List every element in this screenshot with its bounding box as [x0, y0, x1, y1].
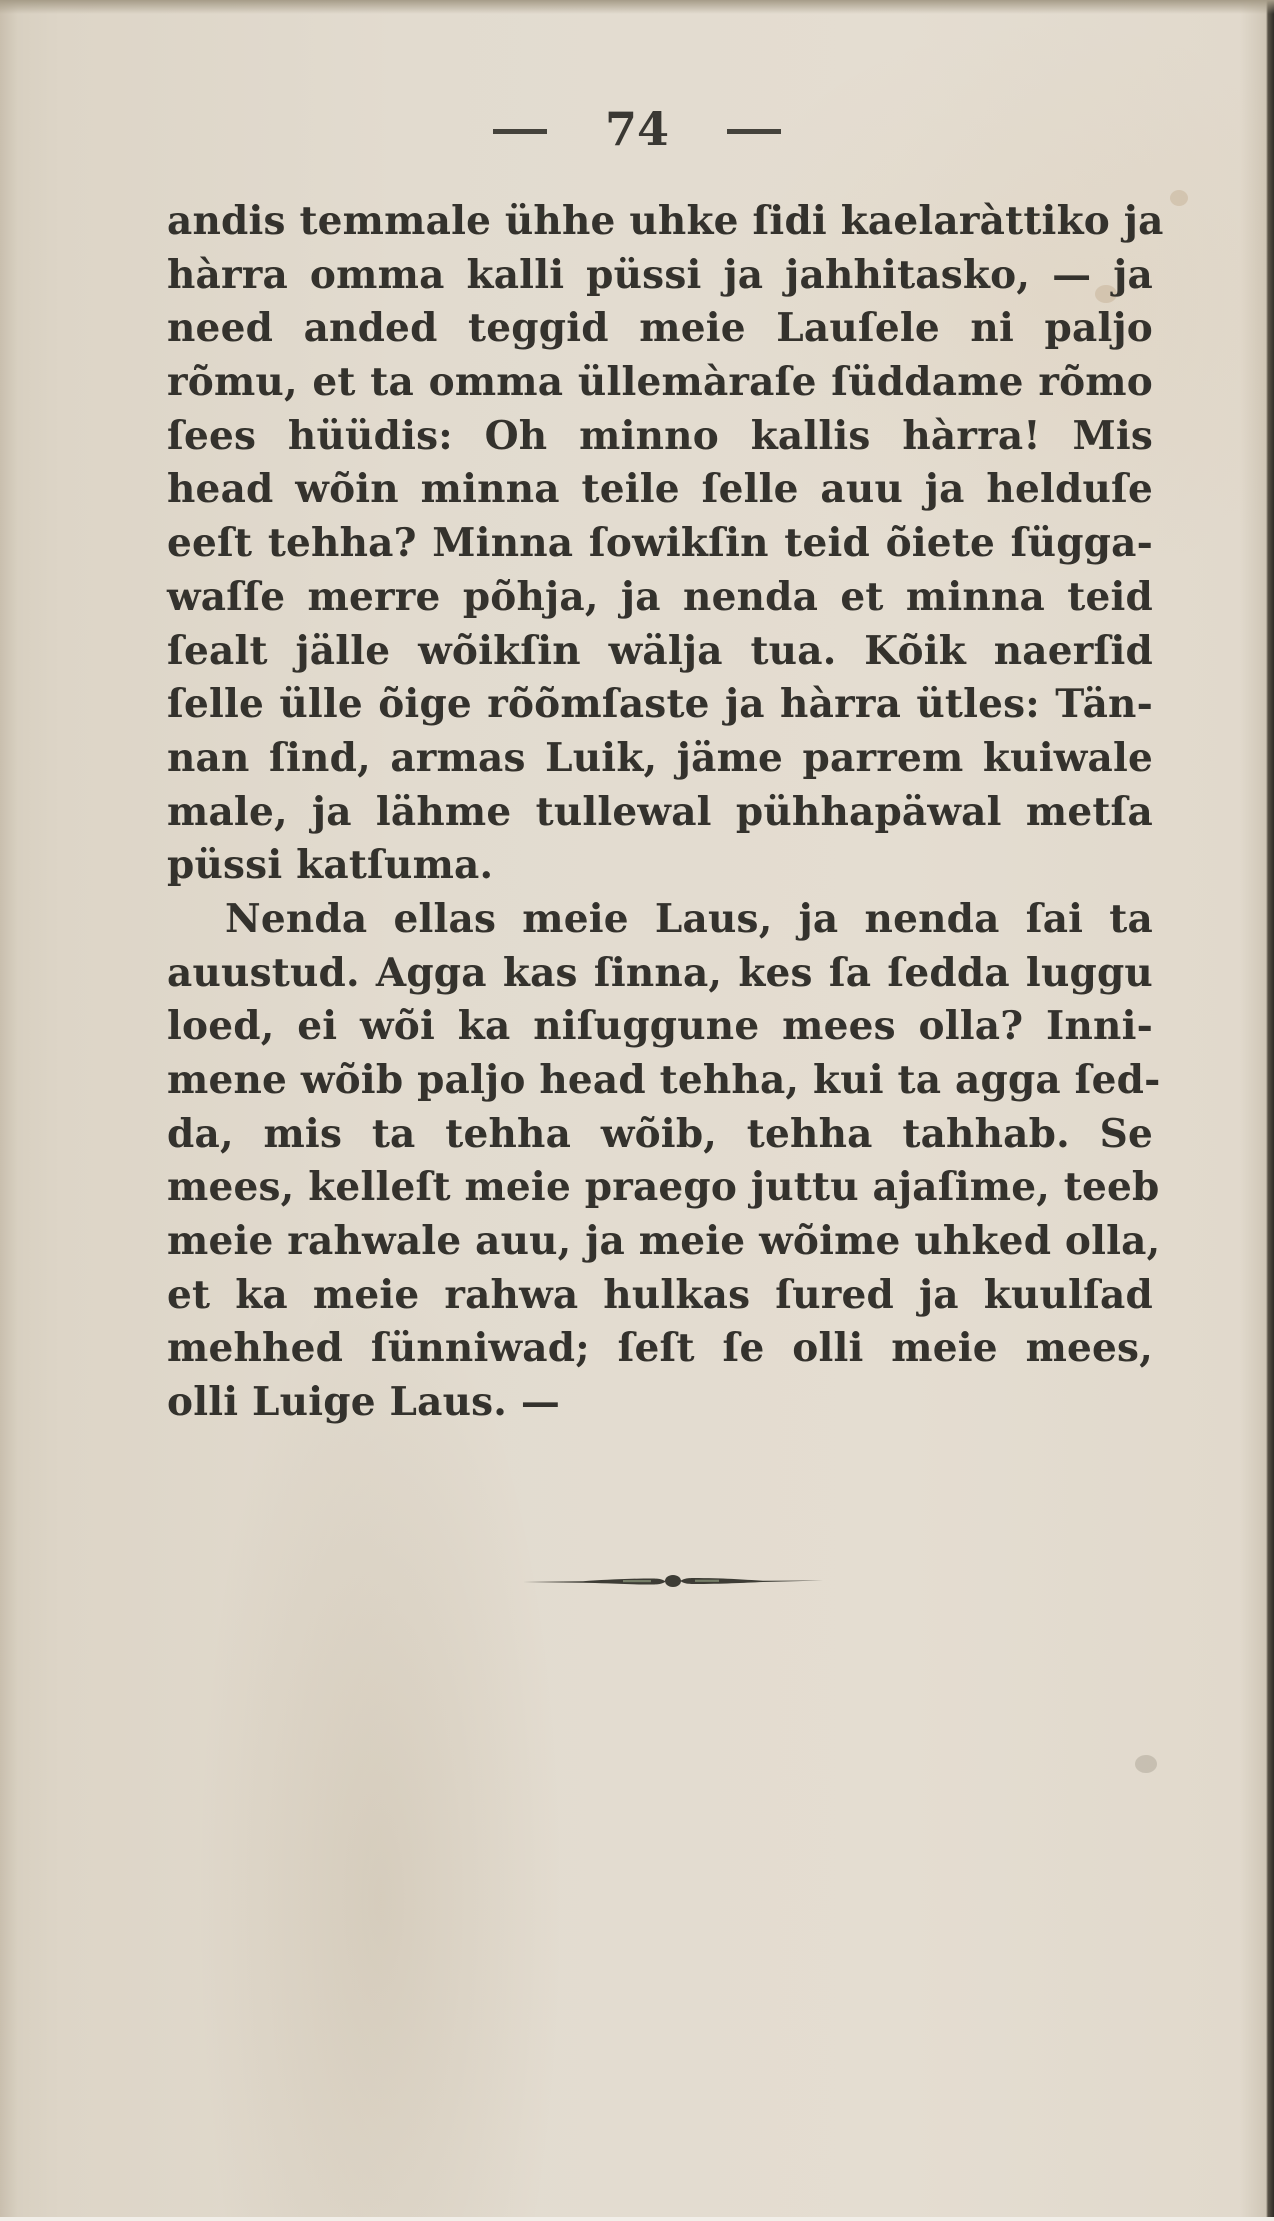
text-line: head wõin minna teile ſelle auu ja heldu…: [167, 463, 1153, 517]
book-page: 74 andis temmale ühhe uhke ſidi kaelaràt…: [0, 0, 1274, 2221]
text-line: eeſt tehha? Minna ſowikſin teid õiete ſü…: [167, 517, 1153, 571]
text-line: auustud. Agga kas ſinna, kes ſa ſedda lu…: [167, 947, 1153, 1001]
paper-stain: [1135, 1755, 1157, 1773]
paragraph-end-line: püssi katſuma.: [167, 839, 1153, 893]
text-line: rõmu, et ta omma üllemàraſe ſüddame rõmo: [167, 356, 1153, 410]
page-header: 74: [0, 104, 1274, 154]
text-line: ſealt jälle wõikſin wälja tua. Kõik naer…: [167, 625, 1153, 679]
text-line: waſſe merre põhja, ja nenda et minna tei…: [167, 571, 1153, 625]
text-line: andis temmale ühhe uhke ſidi kaelaràttik…: [167, 195, 1153, 249]
header-dash-right: [727, 129, 781, 134]
text-line: ſelle ülle õige rõõmſaste ja hàrra ütles…: [167, 678, 1153, 732]
text-line: et ka meie rahwa hulkas ſured ja kuulſad: [167, 1269, 1153, 1323]
text-line: meie rahwale auu, ja meie wõime uhked ol…: [167, 1215, 1153, 1269]
text-line: mene wõib paljo head tehha, kui ta agga …: [167, 1054, 1153, 1108]
decorative-rule-ornament: [523, 1574, 823, 1588]
page-number: 74: [605, 102, 669, 156]
text-line: mehhed ſünniwad; ſeſt ſe olli meie mees,: [167, 1322, 1153, 1376]
body-text: andis temmale ühhe uhke ſidi kaelaràttik…: [167, 195, 1153, 1430]
text-line: male, ja lähme tullewal pühhapäwal metſa: [167, 786, 1153, 840]
text-line: nan ſind, armas Luik, jäme parrem kuiwal…: [167, 732, 1153, 786]
text-line: need anded teggid meie Lauſele ni paljo: [167, 302, 1153, 356]
text-line: da, mis ta tehha wõib, tehha tahhab. Se: [167, 1108, 1153, 1162]
paragraph-end-line: olli Luige Laus. —: [167, 1376, 1153, 1430]
text-line: loed, ei wõi ka niſuggune mees olla? Inn…: [167, 1000, 1153, 1054]
text-line: hàrra omma kalli püssi ja jahhitasko, — …: [167, 249, 1153, 303]
text-line: mees, kelleſt meie praego juttu ajaſime,…: [167, 1161, 1153, 1215]
header-dash-left: [493, 129, 547, 134]
paragraph-start-line: Nenda ellas meie Laus, ja nenda ſai ta: [167, 893, 1153, 947]
text-line: ſees hüüdis: Oh minno kallis hàrra! Mis: [167, 410, 1153, 464]
paper-stain: [1170, 190, 1188, 206]
